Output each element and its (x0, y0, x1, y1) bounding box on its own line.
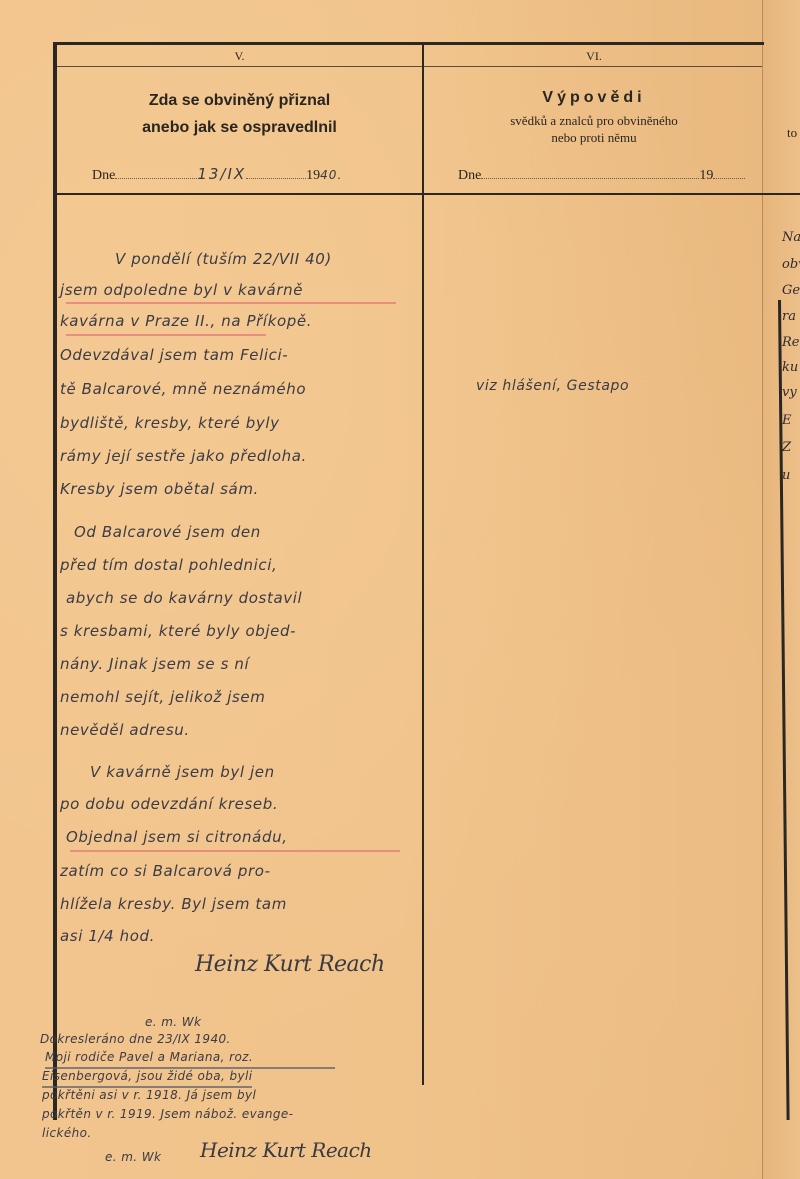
statement-line: s kresbami, které byly objed- (60, 622, 296, 640)
statement-line: nemohl sejít, jelikož jsem (60, 688, 265, 706)
red-pencil-underline (70, 850, 400, 852)
column-vi-date-row: Dne 19 (458, 166, 745, 184)
statement-line: nány. Jinak jsem se s ní (60, 655, 249, 673)
red-pencil-underline (66, 302, 396, 304)
statement-line: V kavárně jsem byl jen (90, 763, 275, 781)
statement-line: Od Balcarové jsem den (74, 523, 261, 541)
date-dots (246, 166, 306, 179)
addendum-initials: e. m. Wk (105, 1150, 161, 1164)
year-prefix: 19 (699, 168, 713, 184)
addendum-line: Dokresleráno dne 23/IX 1940. (40, 1032, 231, 1046)
addendum-signature: Heinz Kurt Reach (200, 1138, 372, 1162)
statement-line: nevěděl adresu. (60, 721, 190, 739)
statement-line: asi 1/4 hod. (60, 927, 155, 945)
date-label: Dne (92, 168, 115, 184)
column-vii-fragment: Re (782, 335, 799, 350)
column-v-number: V. (57, 49, 422, 64)
statement-line: hlížela kresby. Byl jsem tam (60, 895, 287, 913)
year-prefix: 19 (306, 168, 320, 184)
addendum-initials: e. m. Wk (145, 1015, 201, 1029)
column-vii-fragment: vy (782, 385, 797, 400)
signature: Heinz Kurt Reach (195, 952, 385, 977)
column-vii-fragment: E (782, 413, 792, 428)
addendum-line: Eisenbergová, jsou židé oba, byli (42, 1069, 252, 1083)
column-v-title: Zda se obviněný přiznal anebo jak se osp… (57, 87, 422, 141)
statement-line: jsem odpoledne byl v kavárně (60, 281, 303, 299)
column-v-date-row: Dne 13/IX 19 40. (92, 166, 342, 184)
witness-note: viz hlášení, Gestapo (476, 378, 629, 394)
statement-line: po dobu odevzdání kreseb. (60, 795, 278, 813)
column-v-title-line2: anebo jak se ospravedlnil (57, 114, 422, 141)
addendum-line: Moji rodiče Pavel a Mariana, roz. (45, 1050, 253, 1064)
column-vi-title: Výpovědi (424, 84, 764, 111)
statement-line: Objednal jsem si citronádu, (66, 828, 288, 846)
column-vi-number-rule (424, 66, 762, 67)
statement-line: bydliště, kresby, které byly (60, 414, 280, 432)
statement-line: zatím co si Balcarová pro- (60, 862, 271, 880)
date-dots (481, 166, 699, 179)
column-v-title-line1: Zda se obviněný přiznal (57, 87, 422, 114)
statement-line: Kresby jsem obětal sám. (60, 480, 259, 498)
column-vi-subtitle-line2: nebo proti němu (424, 129, 764, 146)
column-vi-header-rule (424, 193, 800, 195)
column-vii-fragment: obv (782, 257, 800, 272)
date-dots (713, 166, 745, 179)
handwritten-statement: V pondělí (tuším 22/VII 40) jsem odpoled… (60, 250, 420, 950)
statement-line: tě Balcarové, mně neznámého (60, 380, 306, 398)
column-vii-header-fragment: to (787, 125, 797, 141)
column-vi-subtitle-line1: svědků a znalců pro obviněného (424, 112, 764, 129)
addendum-line: pokřtěni asi v r. 1918. Já jsem byl (42, 1088, 256, 1102)
column-vii-fragment: Ge (782, 283, 800, 298)
column-v-number-rule (57, 66, 422, 67)
statement-line: rámy její sestře jako předloha. (60, 447, 307, 465)
column-vi-number: VI. (424, 49, 764, 64)
handwritten-year: 40. (320, 168, 342, 182)
addendum-line: lického. (42, 1126, 92, 1140)
column-vii-fragment: ra (782, 309, 796, 324)
statement-line: před tím dostal pohlednici, (60, 556, 277, 574)
statement-line: kavárna v Praze II., na Příkopě. (60, 312, 312, 330)
column-vi-subtitle: svědků a znalců pro obviněného nebo prot… (424, 112, 764, 146)
date-label: Dne (458, 168, 481, 184)
column-vii-fragment: ku (782, 360, 798, 375)
column-vii-fragment: u (782, 468, 790, 483)
statement-line: V pondělí (tuším 22/VII 40) (115, 250, 332, 268)
red-pencil-underline (66, 334, 266, 336)
column-divider (422, 195, 424, 1085)
statement-line: abych se do kavárny dostavil (66, 589, 302, 607)
column-vii-fragment: Na (782, 230, 800, 245)
addendum-line: pokřtěn v r. 1919. Jsem nábož. evange- (42, 1107, 293, 1121)
statement-line: Odevzdával jsem tam Felici- (60, 346, 288, 364)
date-dots (115, 166, 197, 179)
handwritten-date: 13/IX (197, 165, 246, 183)
column-v-header-rule (57, 193, 422, 195)
column-vii-fragment: Z (782, 440, 791, 455)
